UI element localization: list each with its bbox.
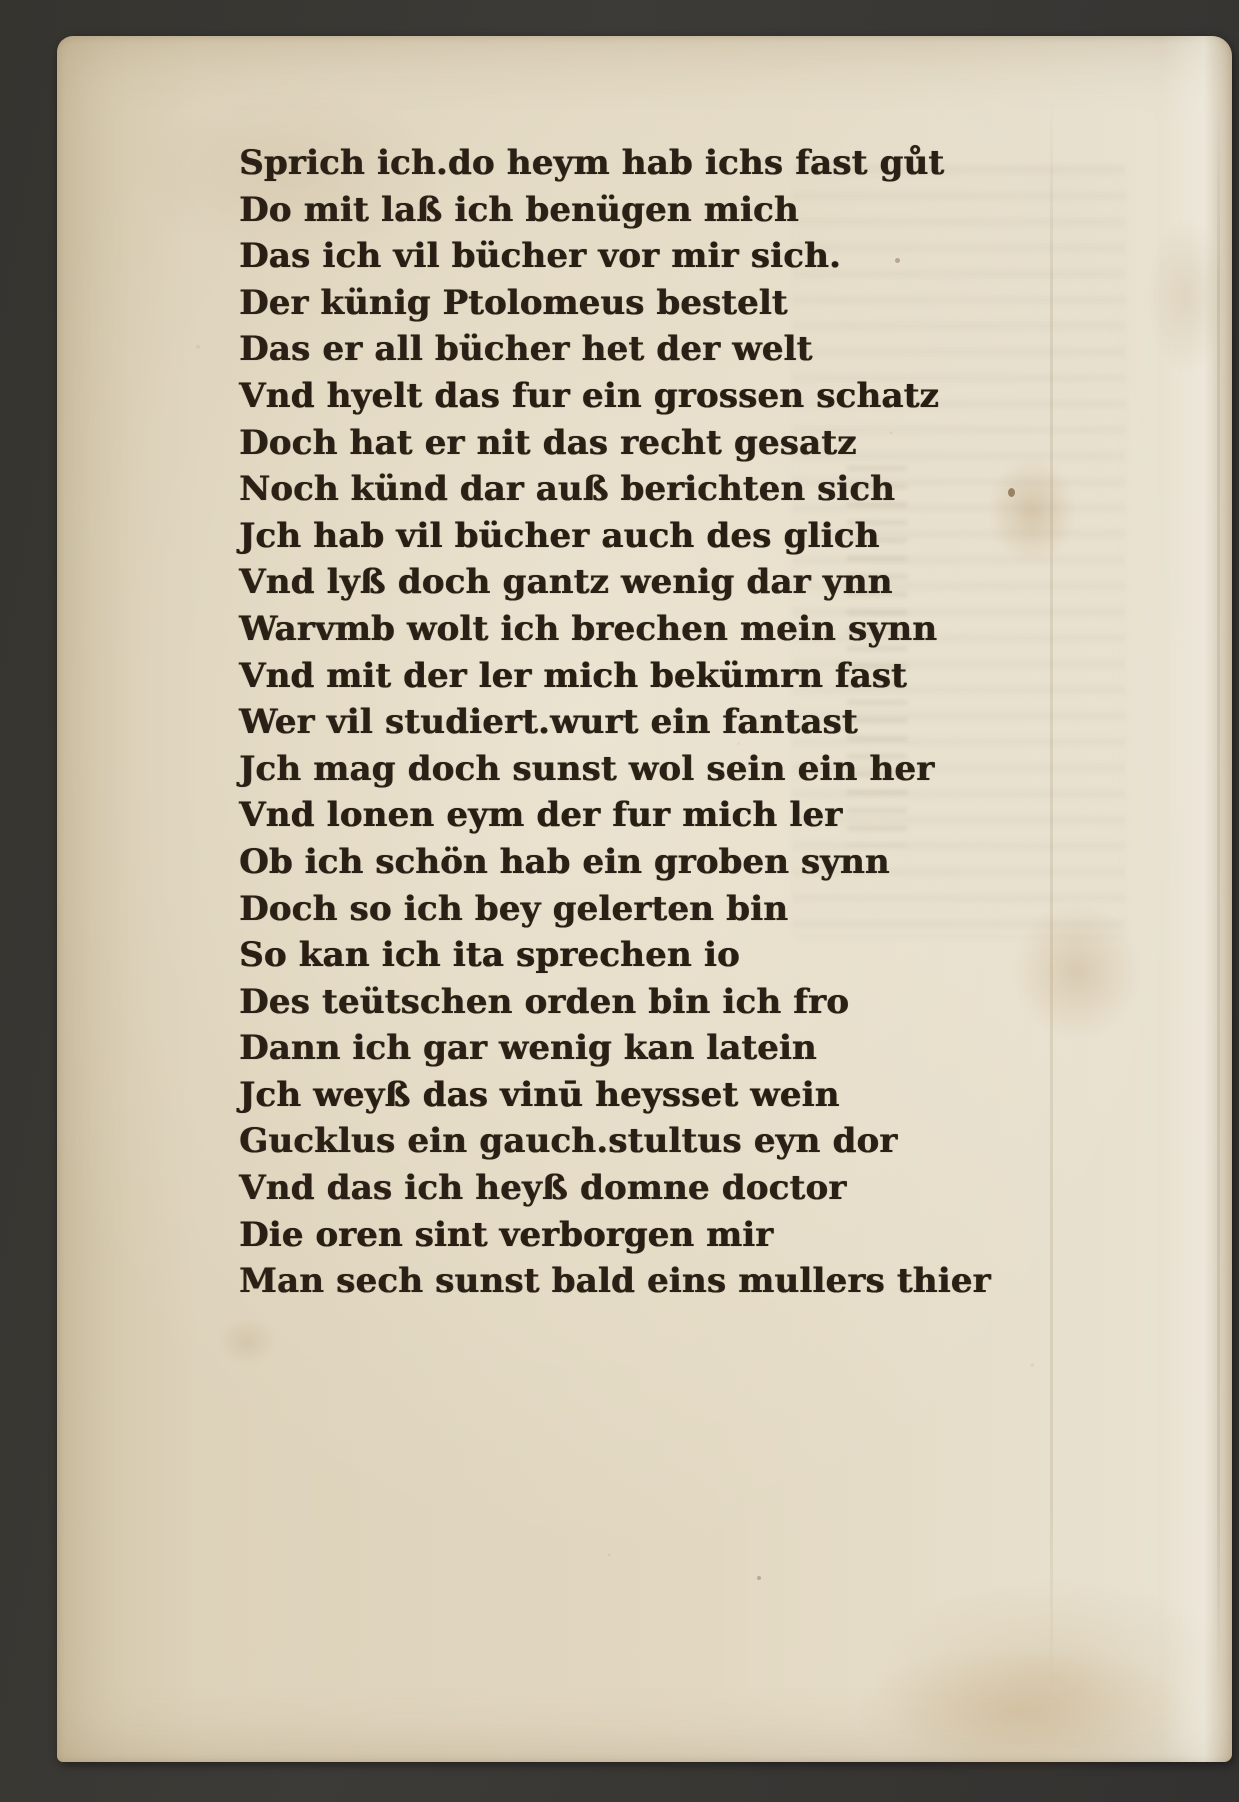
book-page: Sprich ich.do heym hab ichs fast gůt Do … — [57, 36, 1232, 1762]
text-line: Vnd lyß doch gantz wenig dar ynn — [239, 559, 959, 606]
text-line: Sprich ich.do heym hab ichs fast gůt — [239, 140, 959, 187]
ink-speck — [1008, 488, 1015, 497]
text-line: Die oren sint verborgen mir — [239, 1212, 959, 1259]
text-line: Noch künd dar auß berichten sich — [239, 466, 959, 513]
text-line: Doch hat er nit das recht gesatz — [239, 420, 959, 467]
text-line: Das ich vil bücher vor mir sich. — [239, 233, 959, 280]
text-line: Des teütschen orden bin ich fro — [239, 979, 959, 1026]
scanned-book-photo: Sprich ich.do heym hab ichs fast gůt Do … — [0, 0, 1239, 1802]
text-line: Warvmb wolt ich brechen mein synn — [239, 606, 959, 653]
text-line: Do mit laß ich benügen mich — [239, 187, 959, 234]
foxing-stain — [217, 1316, 277, 1366]
ink-speck — [757, 1576, 761, 1580]
text-line: Jch weyß das vinū heysset wein — [239, 1072, 959, 1119]
text-line: Gucklus ein gauch.stultus eyn dor — [239, 1118, 959, 1165]
text-line: Der künig Ptolomeus bestelt — [239, 280, 959, 327]
text-line: Doch so ich bey gelerten bin — [239, 886, 959, 933]
foxing-stain — [857, 1646, 1187, 1776]
text-line: Vnd lonen eym der fur mich ler — [239, 792, 959, 839]
verse-text-block: Sprich ich.do heym hab ichs fast gůt Do … — [239, 140, 959, 1305]
text-line: Vnd das ich heyß domne doctor — [239, 1165, 959, 1212]
text-line: Jch hab vil bücher auch des glich — [239, 513, 959, 560]
text-line: Vnd mit der ler mich bekümrn fast — [239, 653, 959, 700]
text-line: Dann ich gar wenig kan latein — [239, 1025, 959, 1072]
page-fold-crease — [1050, 96, 1053, 1692]
text-line: Vnd hyelt das fur ein grossen schatz — [239, 373, 959, 420]
text-line: Ob ich schön hab ein groben synn — [239, 839, 959, 886]
text-line: Wer vil studiert.wurt ein fantast — [239, 699, 959, 746]
text-line: Jch mag doch sunst wol sein ein her — [239, 746, 959, 793]
text-line: Man sech sunst bald eins mullers thier — [239, 1258, 959, 1305]
text-line: So kan ich ita sprechen io — [239, 932, 959, 979]
text-line: Das er all bücher het der welt — [239, 326, 959, 373]
next-leaf-edge — [1162, 36, 1232, 1762]
